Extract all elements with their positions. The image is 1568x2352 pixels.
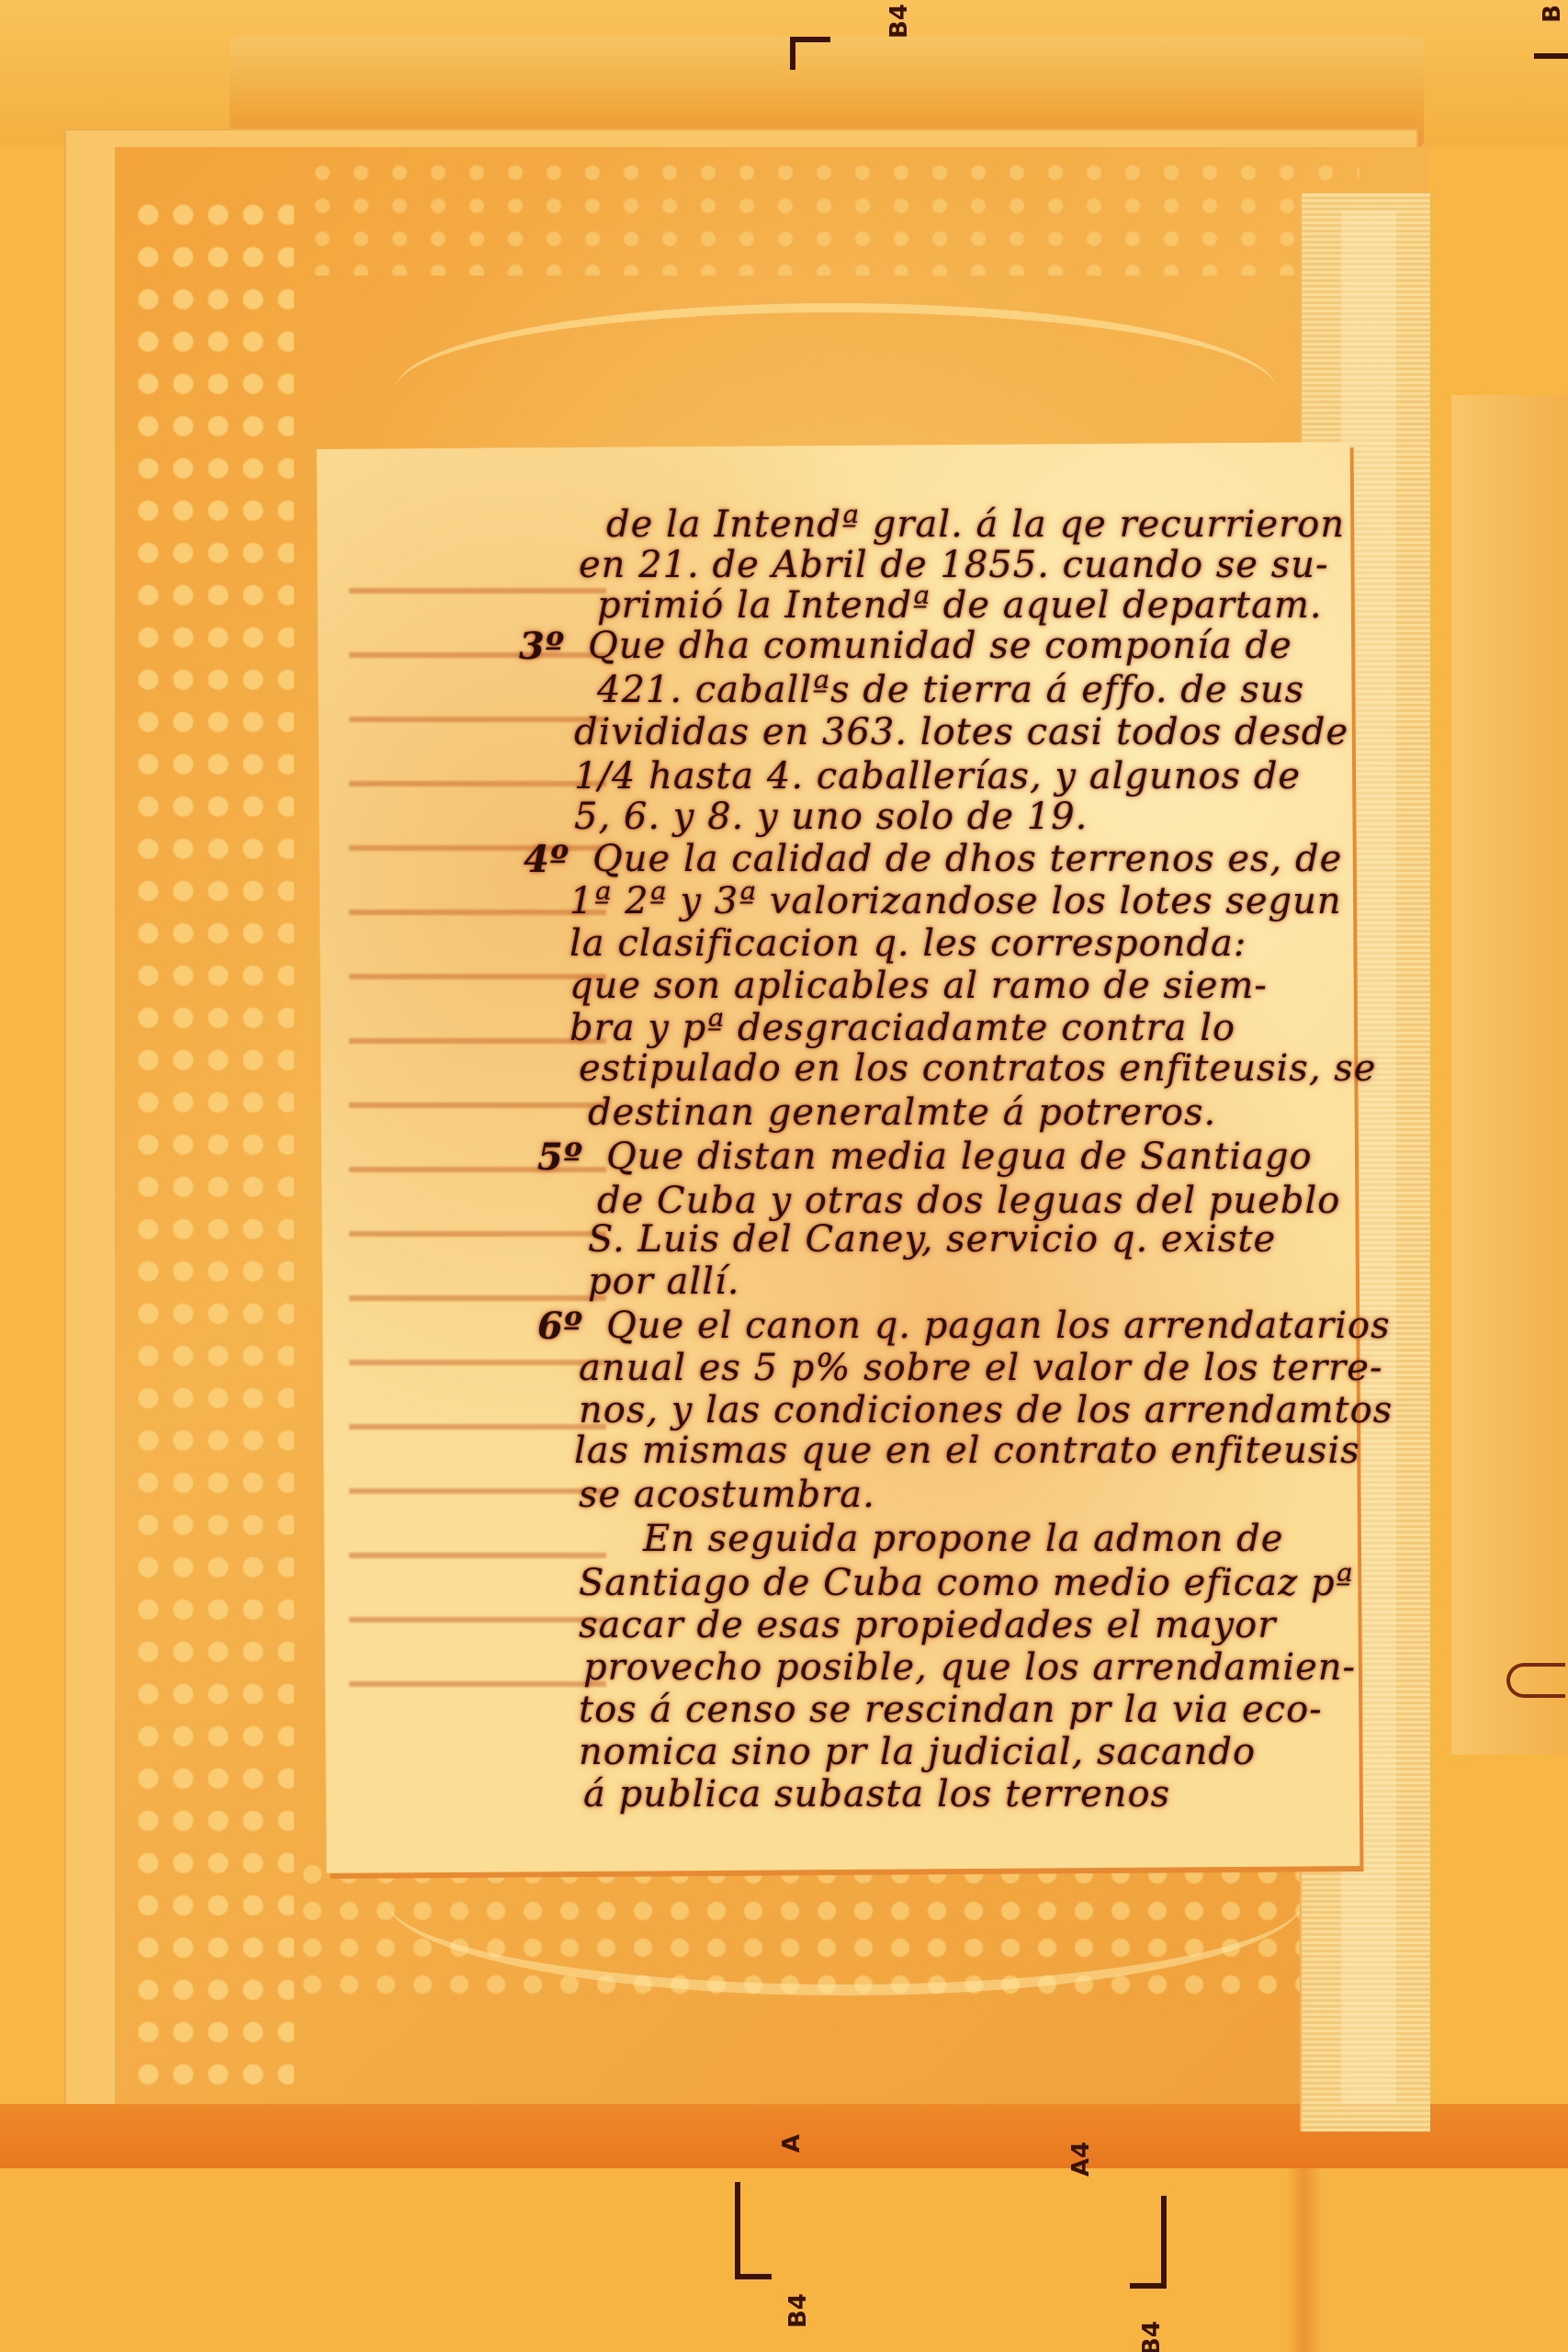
manuscript-line: de la Intendª gral. á la qe recurrieron [606,503,1345,546]
manuscript-line: En seguida propone la admon de [643,1518,1283,1560]
manuscript-line: estipulado en los contratos enfiteusis, … [579,1047,1376,1090]
marker-bottom-right: B4 [1138,2321,1166,2352]
ink-flourish-icon [1506,1663,1565,1698]
manuscript-line: Que el canon q. pagan los arrendatarios [606,1305,1391,1347]
manuscript-line: que son aplicables al ramo de siem- [570,965,1268,1007]
manuscript-line: las mismas que en el contrato enfiteusis [574,1430,1360,1472]
marker-a: A [778,2134,806,2153]
manuscript-line: provecho posible, que los arrendamien- [583,1646,1356,1689]
marker-top-left: B4 [886,4,913,39]
manuscript-line: la clasificacion q. les corresponda: [570,922,1247,965]
adjacent-page [1451,395,1568,1755]
manuscript-line: en 21. de Abril de 1855. cuando se su- [579,544,1329,586]
manuscript-line: nos, y las condiciones de los arrendamto… [579,1389,1393,1431]
crop-mark-bottom-left [735,2182,772,2279]
adhesive-bubbles-top [303,156,1359,276]
fold-shadow [1286,2168,1323,2352]
manuscript-margin-number: 3º [519,625,565,668]
marker-bottom-left: B4 [784,2293,812,2328]
manuscript-line: Que dha comunidad se componía de [588,625,1292,667]
manuscript-line: se acostumbra. [579,1474,875,1516]
manuscript-line: primió la Intendª de aquel departam. [597,584,1323,627]
manuscript-line: 421. caballªs de tierra á effo. de sus [597,669,1304,711]
crop-mark-top-right [1534,53,1568,70]
manuscript-line: de Cuba y otras dos leguas del pueblo [597,1180,1340,1222]
manuscript-line: bra y pª desgraciadamte contra lo [570,1007,1235,1049]
manuscript-line: 5, 6. y 8. y uno solo de 19. [574,796,1088,838]
manuscript-line: sacar de esas propiedades el mayor [579,1604,1276,1646]
manuscript-line: nomica sino pr la judicial, sacando [579,1731,1256,1773]
manuscript-line: por allí. [588,1261,739,1303]
manuscript-line: S. Luis del Caney, servicio q. existe [588,1218,1276,1261]
ink-bleed-through [349,551,606,1700]
manuscript-line: 1/4 hasta 4. caballerías, y algunos de [574,755,1301,797]
crop-mark-bottom-right [1130,2196,1167,2289]
manuscript-line: divididas en 363. lotes casi todos desde [574,711,1348,753]
manuscript-line: Santiago de Cuba como medio eficaz pª [579,1562,1354,1604]
manuscript-margin-number: 6º [537,1305,583,1348]
manuscript-line: Que la calidad de dhos terrenos es, de [592,838,1342,880]
manuscript-line: destinan generalmte á potreros. [588,1091,1216,1134]
manuscript-line: anual es 5 p% sobre el valor de los terr… [579,1347,1382,1389]
manuscript-line: tos á censo se rescindan pr la via eco- [579,1689,1323,1731]
adhesive-bubbles-left [138,202,294,2086]
manuscript-margin-number: 5º [537,1136,583,1179]
manuscript-line: Que distan media legua de Santiago [606,1136,1313,1178]
marker-a4: A4 [1067,2142,1095,2177]
marker-top-right: B [1539,5,1566,23]
manuscript-line: 1ª 2ª y 3ª valorizandose los lotes segun [570,880,1342,922]
crop-mark-top-left [790,37,830,70]
manuscript-margin-number: 4º [524,838,570,881]
manuscript-line: á publica subasta los terrenos [583,1773,1170,1815]
